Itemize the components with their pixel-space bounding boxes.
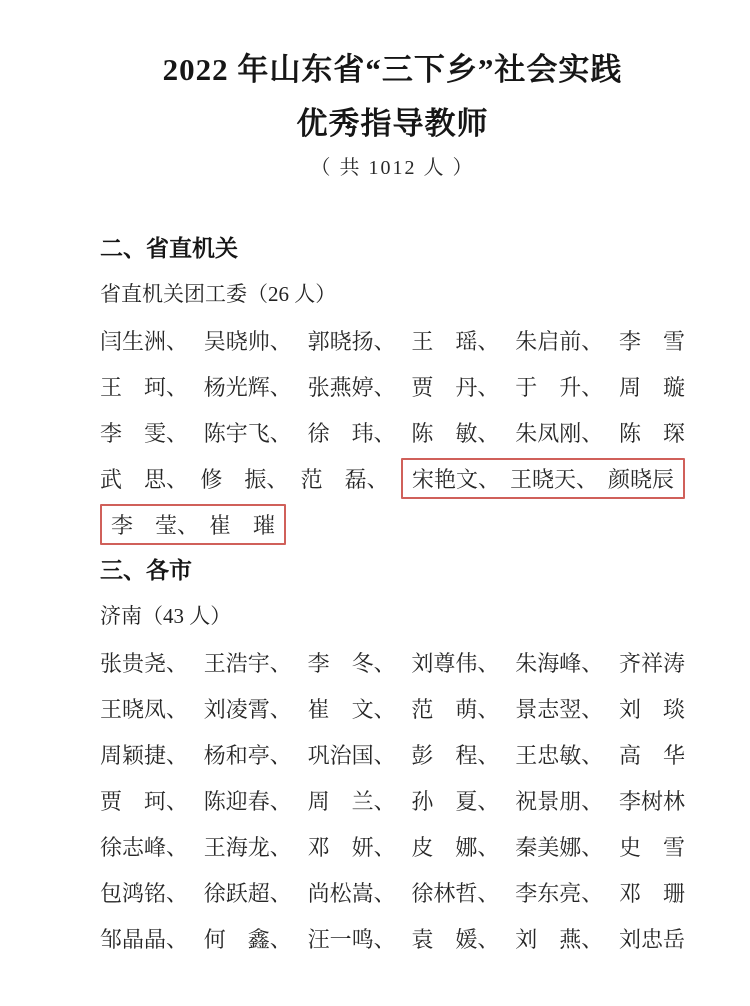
group-subheading: 省直机关团工委（26 人） — [100, 271, 685, 317]
person-name: 武 思、 — [100, 463, 188, 494]
person-name: 朱海峰、 — [515, 647, 603, 678]
person-name: 周颖捷、 — [100, 739, 188, 770]
person-name: 高 华 — [619, 739, 685, 770]
name-row: 徐志峰、王海龙、邓 妍、皮 娜、秦美娜、史 雪 — [100, 823, 685, 869]
name-row: 张贵尧、王浩宇、李 冬、刘尊伟、朱海峰、齐祥涛 — [100, 639, 685, 685]
person-name: 崔 文、 — [308, 693, 396, 724]
person-name: 贾 丹、 — [411, 371, 499, 402]
person-name: 张贵尧、 — [100, 647, 188, 678]
person-name: 李东亮、 — [515, 877, 603, 908]
section-cities: 三、各市 济南（43 人） 张贵尧、王浩宇、李 冬、刘尊伟、朱海峰、齐祥涛王晓凤… — [100, 547, 685, 961]
name-rows: 张贵尧、王浩宇、李 冬、刘尊伟、朱海峰、齐祥涛王晓凤、刘凌霄、崔 文、范 萌、景… — [100, 639, 685, 961]
person-name: 刘凌霄、 — [204, 693, 292, 724]
person-name: 何 鑫、 — [204, 923, 292, 954]
person-name: 闫生洲、 — [100, 325, 188, 356]
document-page: 2022 年山东省“三下乡”社会实践 优秀指导教师 （ 共 1012 人 ） 二… — [0, 0, 750, 1006]
person-name: 周 兰、 — [308, 785, 396, 816]
person-name: 刘 琰 — [619, 693, 685, 724]
person-name: 徐志峰、 — [100, 831, 188, 862]
person-name: 贾 珂、 — [100, 785, 188, 816]
person-name: 尚松嵩、 — [308, 877, 396, 908]
person-name: 王 瑶、 — [411, 325, 499, 356]
person-name: 彭 程、 — [411, 739, 499, 770]
person-name: 刘忠岳 — [619, 923, 685, 954]
person-name: 杨和亭、 — [204, 739, 292, 770]
person-name: 陈 琛 — [619, 417, 685, 448]
name-row: 邹晶晶、何 鑫、汪一鸣、袁 媛、刘 燕、刘忠岳 — [100, 915, 685, 961]
person-name: 邓 珊 — [619, 877, 685, 908]
name-row: 闫生洲、吴晓帅、郭晓扬、王 瑶、朱启前、李 雪 — [100, 317, 685, 363]
group-subheading: 济南（43 人） — [100, 593, 685, 639]
person-name: 杨光辉、 — [204, 371, 292, 402]
person-name: 巩治国、 — [308, 739, 396, 770]
person-name: 朱凤刚、 — [515, 417, 603, 448]
person-name: 陈迎春、 — [204, 785, 292, 816]
person-name: 李 莹、 — [111, 509, 199, 540]
person-name: 王晓天、 — [510, 463, 598, 494]
highlight-box: 宋艳文、王晓天、颜晓辰 — [401, 458, 685, 499]
person-name: 李树林 — [619, 785, 685, 816]
name-row: 李 莹、崔 璀 — [100, 501, 685, 547]
person-name: 祝景朋、 — [515, 785, 603, 816]
name-row: 武 思、修 振、范 磊、宋艳文、王晓天、颜晓辰 — [100, 455, 685, 501]
section-provincial-organs: 二、省直机关 省直机关团工委（26 人） 闫生洲、吴晓帅、郭晓扬、王 瑶、朱启前… — [100, 225, 685, 547]
person-name: 崔 璀 — [209, 509, 275, 540]
person-name: 齐祥涛 — [619, 647, 685, 678]
person-name: 皮 娜、 — [411, 831, 499, 862]
name-row: 周颖捷、杨和亭、巩治国、彭 程、王忠敏、高 华 — [100, 731, 685, 777]
name-row: 王晓凤、刘凌霄、崔 文、范 萌、景志翌、刘 琰 — [100, 685, 685, 731]
person-name: 秦美娜、 — [515, 831, 603, 862]
person-name: 周 璇 — [619, 371, 685, 402]
person-name: 宋艳文、 — [412, 463, 500, 494]
person-name: 王海龙、 — [204, 831, 292, 862]
person-name: 范 磊、 — [301, 463, 389, 494]
person-name: 刘 燕、 — [515, 923, 603, 954]
person-name: 李 雪 — [619, 325, 685, 356]
person-name: 汪一鸣、 — [308, 923, 396, 954]
name-row: 包鸿铭、徐跃超、尚松嵩、徐林哲、李东亮、邓 珊 — [100, 869, 685, 915]
name-row: 贾 珂、陈迎春、周 兰、孙 夏、祝景朋、李树林 — [100, 777, 685, 823]
person-name: 吴晓帅、 — [204, 325, 292, 356]
person-name: 颜晓辰 — [608, 463, 674, 494]
person-name: 陈宇飞、 — [204, 417, 292, 448]
person-name: 王浩宇、 — [204, 647, 292, 678]
person-name: 朱启前、 — [515, 325, 603, 356]
name-row: 李 雯、陈宇飞、徐 玮、陈 敏、朱凤刚、陈 琛 — [100, 409, 685, 455]
document-title-line1: 2022 年山东省“三下乡”社会实践 — [100, 43, 685, 97]
section-heading: 二、省直机关 — [100, 225, 685, 271]
person-name: 孙 夏、 — [411, 785, 499, 816]
person-name: 李 雯、 — [100, 417, 188, 448]
person-name: 陈 敏、 — [411, 417, 499, 448]
person-name: 郭晓扬、 — [308, 325, 396, 356]
name-rows: 闫生洲、吴晓帅、郭晓扬、王 瑶、朱启前、李 雪王 珂、杨光辉、张燕婷、贾 丹、于… — [100, 317, 685, 547]
person-name: 袁 媛、 — [411, 923, 499, 954]
person-name: 李 冬、 — [308, 647, 396, 678]
person-name: 景志翌、 — [515, 693, 603, 724]
person-name: 邹晶晶、 — [100, 923, 188, 954]
highlight-box: 李 莹、崔 璀 — [100, 504, 286, 545]
person-name: 史 雪 — [619, 831, 685, 862]
person-name: 徐跃超、 — [204, 877, 292, 908]
person-name: 徐 玮、 — [308, 417, 396, 448]
person-name: 张燕婷、 — [308, 371, 396, 402]
person-name: 包鸿铭、 — [100, 877, 188, 908]
total-count: （ 共 1012 人 ） — [100, 151, 685, 185]
person-name: 邓 妍、 — [308, 831, 396, 862]
section-heading: 三、各市 — [100, 547, 685, 593]
person-name: 王忠敏、 — [515, 739, 603, 770]
person-name: 王 珂、 — [100, 371, 188, 402]
person-name: 范 萌、 — [411, 693, 499, 724]
person-name: 徐林哲、 — [411, 877, 499, 908]
document-title-line2: 优秀指导教师 — [100, 97, 685, 151]
name-row: 王 珂、杨光辉、张燕婷、贾 丹、于 升、周 璇 — [100, 363, 685, 409]
person-name: 于 升、 — [515, 371, 603, 402]
person-name: 刘尊伟、 — [411, 647, 499, 678]
person-name: 王晓凤、 — [100, 693, 188, 724]
person-name: 修 振、 — [200, 463, 288, 494]
